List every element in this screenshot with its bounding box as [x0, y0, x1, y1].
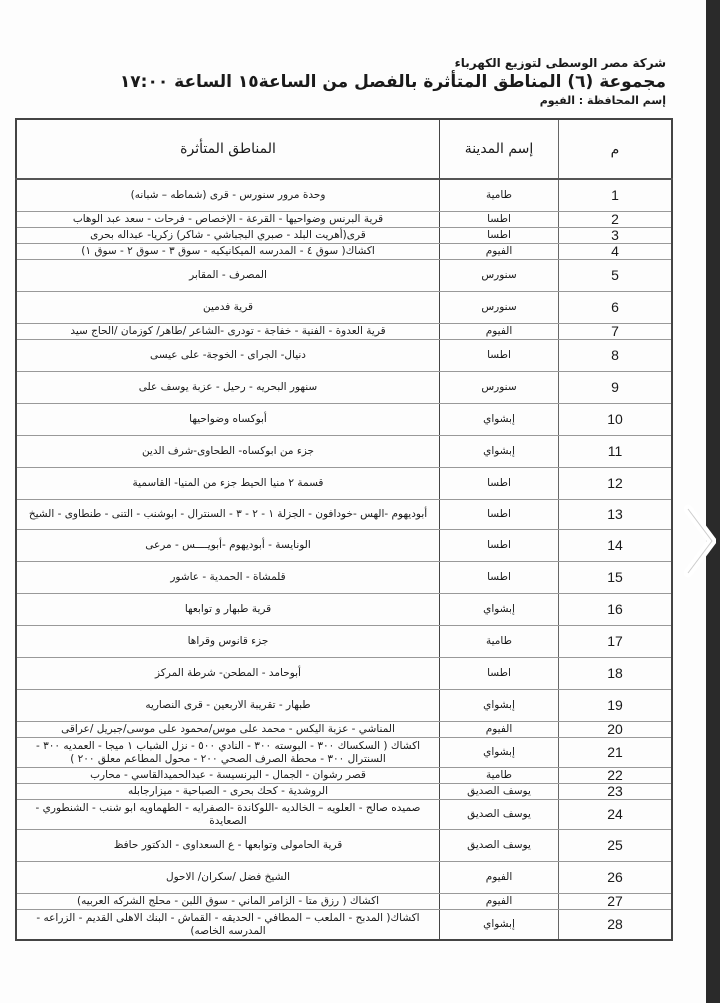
- row-num: 20: [559, 722, 673, 738]
- row-areas: اكشاك( المدبح - الملعب – المطافي - الحدي…: [16, 910, 440, 941]
- row-city: إبشواي: [440, 594, 559, 626]
- row-num: 6: [559, 292, 673, 324]
- row-num: 28: [559, 910, 673, 941]
- table-row: 17طاميةجزء قانوس وقراها: [16, 626, 672, 658]
- row-city: الفيوم: [440, 862, 559, 894]
- row-num: 10: [559, 404, 673, 436]
- row-city: طامية: [440, 179, 559, 212]
- row-city: سنورس: [440, 260, 559, 292]
- table-row: 3اطساقرى(أهريت البلد - صبري البجباشي - ش…: [16, 228, 672, 244]
- row-areas: قرية البرنس وضواحيها - القرعة - الإخصاص …: [16, 212, 440, 228]
- row-num: 25: [559, 830, 673, 862]
- row-num: 14: [559, 530, 673, 562]
- document-title: مجموعة (٦) المناطق المتأثرة بالفصل من ال…: [120, 71, 666, 93]
- row-num: 16: [559, 594, 673, 626]
- row-city: اطسا: [440, 228, 559, 244]
- row-city: اطسا: [440, 530, 559, 562]
- table-row: 6سنورسقرية فدمين: [16, 292, 672, 324]
- header-city: إسم المدينة: [440, 119, 559, 179]
- row-city: إبشواي: [440, 404, 559, 436]
- table-row: 28إبشواياكشاك( المدبح - الملعب – المطافي…: [16, 910, 672, 941]
- table-row: 1طاميةوحدة مرور سنورس - قرى (شماطه – شبا…: [16, 179, 672, 212]
- row-areas: قرية طبهار و توابعها: [16, 594, 440, 626]
- table-row: 7الفيومقرية العدوة - الفنية - خفاجة - تو…: [16, 324, 672, 340]
- row-areas: اكشاك( سوق ٤ - المدرسه الميكانيكيه - سوق…: [16, 244, 440, 260]
- header-areas: المناطق المتأثرة: [16, 119, 440, 179]
- row-areas: الشيخ فضل /سكران/ الاحول: [16, 862, 440, 894]
- row-num: 1: [559, 179, 673, 212]
- governorate-label: إسم المحافظة : الفيوم: [120, 93, 666, 109]
- table-row: 25يوسف الصديققرية الحامولى وتوابعها - ع …: [16, 830, 672, 862]
- table-row: 22طاميةقصر رشوان - الجمال - البرنسيسة - …: [16, 768, 672, 784]
- row-areas: اكشاك ( السكساك ٣٠٠ - البوسته ٣٠٠ - النا…: [16, 738, 440, 768]
- row-areas: وحدة مرور سنورس - قرى (شماطه – شبانه): [16, 179, 440, 212]
- row-areas: قرية فدمين: [16, 292, 440, 324]
- row-city: اطسا: [440, 468, 559, 500]
- row-areas: صميده صالح - العلويه – الخالديه -اللوكان…: [16, 800, 440, 830]
- row-city: يوسف الصديق: [440, 784, 559, 800]
- row-num: 24: [559, 800, 673, 830]
- row-areas: جزء من ابوكساه- الطحاوى-شرف الدين: [16, 436, 440, 468]
- document-page: شركة مصر الوسطى لتوزيع الكهرباء مجموعة (…: [0, 0, 706, 1003]
- row-num: 9: [559, 372, 673, 404]
- row-areas: جزء قانوس وقراها: [16, 626, 440, 658]
- row-city: اطسا: [440, 340, 559, 372]
- row-areas: قرى(أهريت البلد - صبري البجباشي - شاكر) …: [16, 228, 440, 244]
- row-areas: الروشدية - كحك بحرى - الصباحية - ميزارجا…: [16, 784, 440, 800]
- table-header-row: م إسم المدينة المناطق المتأثرة: [16, 119, 672, 179]
- row-num: 15: [559, 562, 673, 594]
- table-row: 20الفيومالمناشي - عزبة اليكس - محمد على …: [16, 722, 672, 738]
- row-city: سنورس: [440, 372, 559, 404]
- row-areas: دنيال- الجراى - الخوجة- على عيسى: [16, 340, 440, 372]
- table-row: 15اطساقلمشاة - الحمدية - عاشور: [16, 562, 672, 594]
- row-areas: أبوحامد - المطحن- شرطة المركز: [16, 658, 440, 690]
- row-areas: سنهور البحريه - رحيل - عزبة يوسف على: [16, 372, 440, 404]
- row-num: 7: [559, 324, 673, 340]
- row-num: 11: [559, 436, 673, 468]
- row-num: 4: [559, 244, 673, 260]
- row-areas: قرية الحامولى وتوابعها - ع السعداوى - ال…: [16, 830, 440, 862]
- row-city: طامية: [440, 768, 559, 784]
- table-row: 10إبشوايأبوكساه وضواحيها: [16, 404, 672, 436]
- row-city: اطسا: [440, 562, 559, 594]
- row-city: طامية: [440, 626, 559, 658]
- row-num: 17: [559, 626, 673, 658]
- table-row: 21إبشواياكشاك ( السكساك ٣٠٠ - البوسته ٣٠…: [16, 738, 672, 768]
- row-num: 13: [559, 500, 673, 530]
- row-num: 2: [559, 212, 673, 228]
- row-city: يوسف الصديق: [440, 830, 559, 862]
- row-num: 19: [559, 690, 673, 722]
- table-row: 12اطساقسمة ٢ منيا الحيط جزء من المنيا- ا…: [16, 468, 672, 500]
- row-areas: اكشاك ( رزق متا - الزامر الماني - سوق ال…: [16, 894, 440, 910]
- row-areas: قرية العدوة - الفنية - خفاجة - تودرى -ال…: [16, 324, 440, 340]
- table-row: 4الفيوماكشاك( سوق ٤ - المدرسه الميكانيكي…: [16, 244, 672, 260]
- row-city: إبشواي: [440, 738, 559, 768]
- row-areas: طبهار - تقريبة الاربعين - قرى النصاريه: [16, 690, 440, 722]
- header-num: م: [559, 119, 673, 179]
- row-city: إبشواي: [440, 690, 559, 722]
- row-areas: الونايسة - أبوديهوم -أبويــــس - مرعى: [16, 530, 440, 562]
- row-city: الفيوم: [440, 722, 559, 738]
- row-city: الفيوم: [440, 894, 559, 910]
- row-areas: أبوكساه وضواحيها: [16, 404, 440, 436]
- table-row: 16إبشوايقرية طبهار و توابعها: [16, 594, 672, 626]
- table-row: 19إبشوايطبهار - تقريبة الاربعين - قرى ال…: [16, 690, 672, 722]
- row-areas: المصرف - المقابر: [16, 260, 440, 292]
- photo-edge: [706, 0, 720, 1003]
- table-row: 18اطساأبوحامد - المطحن- شرطة المركز: [16, 658, 672, 690]
- row-areas: قسمة ٢ منيا الحيط جزء من المنيا- القاسمي…: [16, 468, 440, 500]
- row-num: 12: [559, 468, 673, 500]
- table-row: 26الفيومالشيخ فضل /سكران/ الاحول: [16, 862, 672, 894]
- row-city: سنورس: [440, 292, 559, 324]
- row-city: يوسف الصديق: [440, 800, 559, 830]
- document-header: شركة مصر الوسطى لتوزيع الكهرباء مجموعة (…: [120, 55, 666, 109]
- row-num: 21: [559, 738, 673, 768]
- row-areas: أبوديهوم -الهس -خودافون - الجزلة ١ - ٢ -…: [16, 500, 440, 530]
- row-num: 8: [559, 340, 673, 372]
- row-num: 22: [559, 768, 673, 784]
- table-row: 23يوسف الصديقالروشدية - كحك بحرى - الصبا…: [16, 784, 672, 800]
- row-city: إبشواي: [440, 910, 559, 941]
- table-row: 13اطساأبوديهوم -الهس -خودافون - الجزلة ١…: [16, 500, 672, 530]
- company-name: شركة مصر الوسطى لتوزيع الكهرباء: [120, 55, 666, 71]
- row-num: 5: [559, 260, 673, 292]
- chevron-right-icon[interactable]: [684, 503, 716, 579]
- table-row: 14اطساالونايسة - أبوديهوم -أبويــــس - م…: [16, 530, 672, 562]
- row-city: اطسا: [440, 500, 559, 530]
- table-row: 2اطساقرية البرنس وضواحيها - القرعة - الإ…: [16, 212, 672, 228]
- row-city: الفيوم: [440, 244, 559, 260]
- table-row: 9سنورسسنهور البحريه - رحيل - عزبة يوسف ع…: [16, 372, 672, 404]
- table-row: 5سنورسالمصرف - المقابر: [16, 260, 672, 292]
- row-num: 27: [559, 894, 673, 910]
- table-row: 27الفيوماكشاك ( رزق متا - الزامر الماني …: [16, 894, 672, 910]
- affected-areas-table: م إسم المدينة المناطق المتأثرة 1طاميةوحد…: [15, 118, 673, 941]
- row-areas: قصر رشوان - الجمال - البرنسيسة - عبدالحم…: [16, 768, 440, 784]
- row-num: 3: [559, 228, 673, 244]
- row-num: 26: [559, 862, 673, 894]
- row-city: إبشواي: [440, 436, 559, 468]
- row-areas: المناشي - عزبة اليكس - محمد على موس/محمو…: [16, 722, 440, 738]
- row-city: اطسا: [440, 212, 559, 228]
- row-areas: قلمشاة - الحمدية - عاشور: [16, 562, 440, 594]
- row-num: 23: [559, 784, 673, 800]
- table-row: 8اطسادنيال- الجراى - الخوجة- على عيسى: [16, 340, 672, 372]
- row-city: الفيوم: [440, 324, 559, 340]
- row-num: 18: [559, 658, 673, 690]
- table-row: 24يوسف الصديقصميده صالح - العلويه – الخا…: [16, 800, 672, 830]
- table-row: 11إبشوايجزء من ابوكساه- الطحاوى-شرف الدي…: [16, 436, 672, 468]
- row-city: اطسا: [440, 658, 559, 690]
